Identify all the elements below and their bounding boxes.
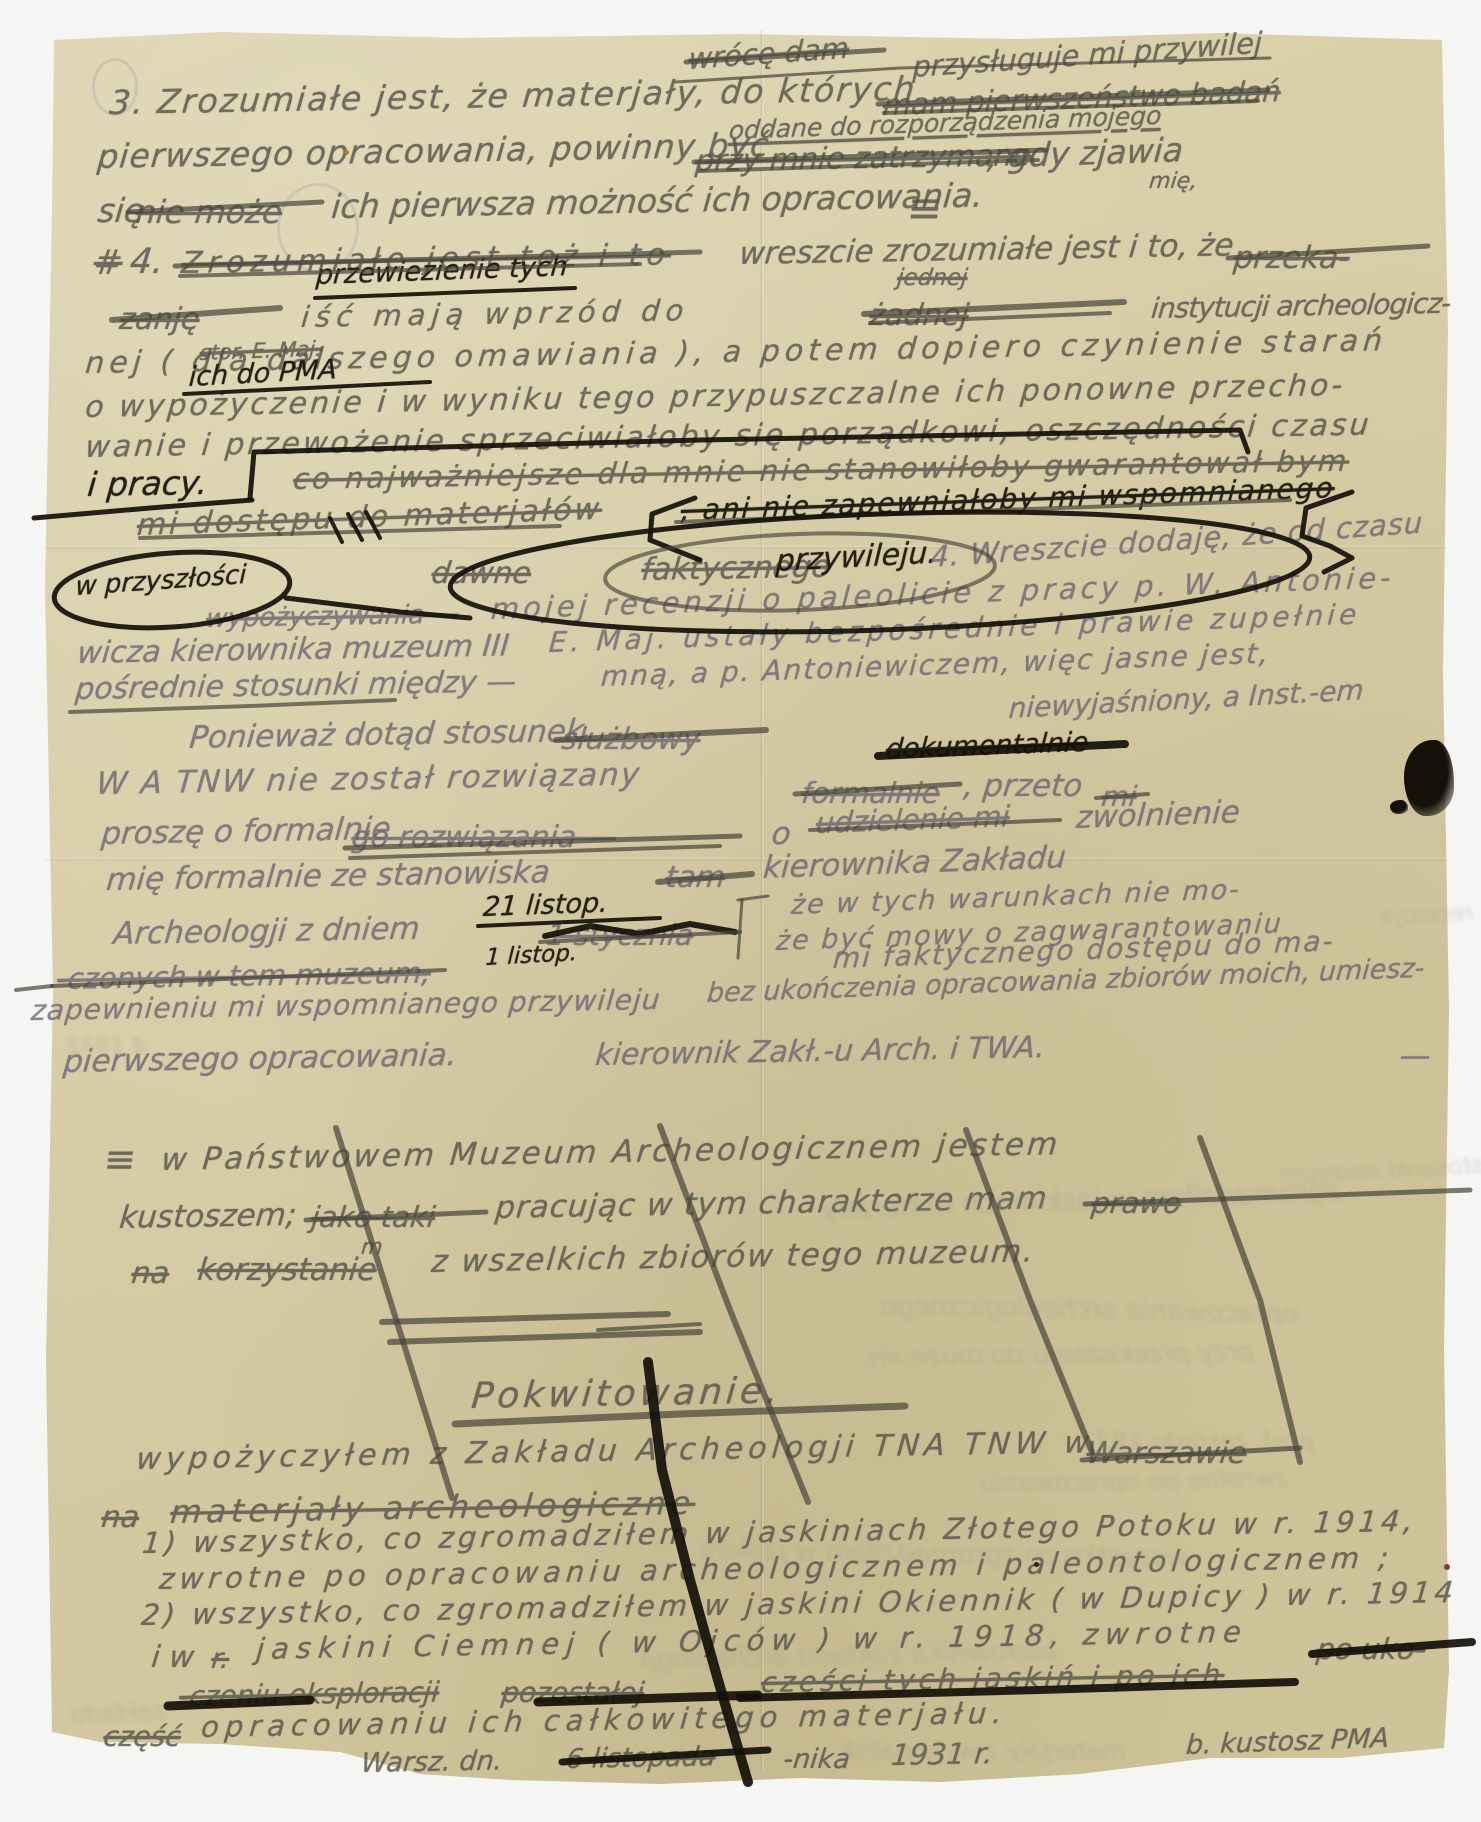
manuscript-line: go rozwiązania — (350, 822, 617, 854)
verso-bleedthrough-line: materjały z wykopalisk (840, 1738, 1126, 1763)
manuscript-line: mię, (1148, 170, 1199, 193)
verso-bleedthrough-line: prof. zakładu 1931 (1080, 1428, 1314, 1453)
manuscript-line: 4. (128, 244, 165, 281)
manuscript-line: pośrednie stosunki między — (74, 666, 518, 705)
manuscript-line: zwolnienie (1075, 796, 1241, 834)
manuscript-line: wypożyczywania — (205, 602, 460, 634)
manuscript-line: służbowy (560, 724, 702, 756)
manuscript-line: ≡ (905, 186, 945, 230)
manuscript-line: przeka- (1232, 242, 1351, 275)
verso-bleedthrough-line: zwrotne po opracowaniu (980, 1465, 1288, 1495)
manuscript-line: 6 listopada (565, 1743, 717, 1774)
manuscript-line: ich pierwsza możność ich opracowania. (330, 179, 984, 225)
manuscript-line: niewyjaśniony, a Inst.-em (1008, 675, 1365, 723)
manuscript-line: wreszcie zrozumiałe jest i to, że (738, 229, 1235, 270)
manuscript-line: tam (664, 862, 727, 894)
manuscript-line: przywileju. (775, 537, 938, 577)
ink-blot (1390, 800, 1408, 814)
verso-bleedthrough-line: zakładu (70, 1698, 168, 1726)
manuscript-line: — (1398, 1040, 1432, 1073)
manuscript-line: Warsz. dn. (360, 1747, 504, 1778)
paper-stain-speck (344, 150, 349, 155)
manuscript-line: jednej (896, 266, 969, 290)
manuscript-line: korzystanie (196, 1254, 378, 1287)
manuscript-line: dawne (430, 558, 533, 590)
manuscript-line: m (360, 1236, 384, 1259)
manuscript-line: iść mają wprzód do (300, 295, 691, 332)
manuscript-line: instytucji archeologicz- (1150, 289, 1452, 324)
manuscript-line: przy mnie zatrzymane (694, 140, 1033, 177)
manuscript-line: kustoszem; (118, 1199, 298, 1235)
manuscript-line: w Państwowem Muzeum Archeologicznem jest… (160, 1128, 1062, 1176)
manuscript-line: na (130, 1258, 171, 1290)
verso-bleedthrough-line: opracowania archeologicznego (880, 1292, 1299, 1326)
manuscript-line: po uko- (1315, 1634, 1427, 1664)
manuscript-line: # (92, 246, 124, 282)
manuscript-line: zanję (118, 304, 201, 336)
manuscript-line: W A TNW nie został rozwiązany (95, 758, 643, 800)
manuscript-line: Pokwitowanie. (470, 1373, 783, 1416)
manuscript-line: proszę o formalnie (100, 813, 392, 851)
manuscript-line: nie może (134, 196, 284, 230)
manuscript-line: przysługuje mi przywilej (912, 27, 1263, 82)
manuscript-line: mi dostępu do materjałów (136, 494, 603, 542)
manuscript-line: wrócę dam (688, 33, 850, 75)
manuscript-line: kierownika Zakładu (762, 841, 1067, 884)
verso-bleedthrough-line: stosunki muzeum (1280, 1155, 1481, 1189)
paper-stain-speck (1444, 1564, 1450, 1570)
manuscript-line: pierwszego opracowania, powinny być (96, 128, 771, 174)
manuscript-line: Archeologji z dniem (112, 913, 421, 951)
manuscript-line: wypożyczyłem z Zakładu Archeologji TNA T… (135, 1427, 1095, 1475)
manuscript-line: udzielenie mi (815, 801, 1011, 838)
handwriting-layer: wrócę damprzysługuje mi przywilej3. Zroz… (0, 0, 1481, 1822)
verso-bleedthrough-line: kierownika zakładu archeologji (640, 1638, 1058, 1672)
manuscript-line: wicza kierownika muzeum III (76, 630, 511, 669)
manuscript-line: 1 listop. (485, 941, 578, 970)
verso-bleedthrough-line: recenzja (1379, 903, 1473, 930)
manuscript-line: Ponieważ dotąd stosunek (188, 715, 585, 754)
manuscript-line: ≡ (102, 1140, 138, 1180)
verso-bleedthrough-line: 4 1932 (66, 1036, 146, 1059)
scanned-document-page: wrócę damprzysługuje mi przywilej3. Zroz… (0, 0, 1481, 1822)
manuscript-line: r. (210, 1644, 231, 1673)
manuscript-line: jako taki (310, 1202, 437, 1232)
manuscript-line: i pracy. (86, 466, 209, 503)
verso-bleedthrough-line: wszystko co zgromadziłem w jaskini (700, 1536, 1188, 1572)
manuscript-line: przewiezienie tych (315, 253, 569, 290)
manuscript-line: b. kustosz PMA (1185, 1725, 1390, 1761)
manuscript-line: w przyszłości (75, 562, 247, 601)
manuscript-line: żadnej (868, 300, 970, 332)
manuscript-line: , przeto (962, 770, 1084, 803)
manuscript-line: dokumentalnie (885, 729, 1089, 764)
manuscript-line: z wszelkich zbiorów tego muzeum. (430, 1235, 1037, 1278)
manuscript-line: kierownik Zakł.-u Arch. i TWA. (594, 1032, 1047, 1071)
verso-bleedthrough-line: przy przekazaniu do muzeum (870, 1339, 1255, 1372)
ink-blot (1404, 740, 1454, 816)
manuscript-line: i w (150, 1642, 196, 1674)
manuscript-line: na (100, 1502, 141, 1534)
paper-stain-speck (1034, 1562, 1039, 1567)
manuscript-line: o (770, 818, 792, 851)
manuscript-line: mię formalnie ze stanowiska (105, 856, 551, 896)
